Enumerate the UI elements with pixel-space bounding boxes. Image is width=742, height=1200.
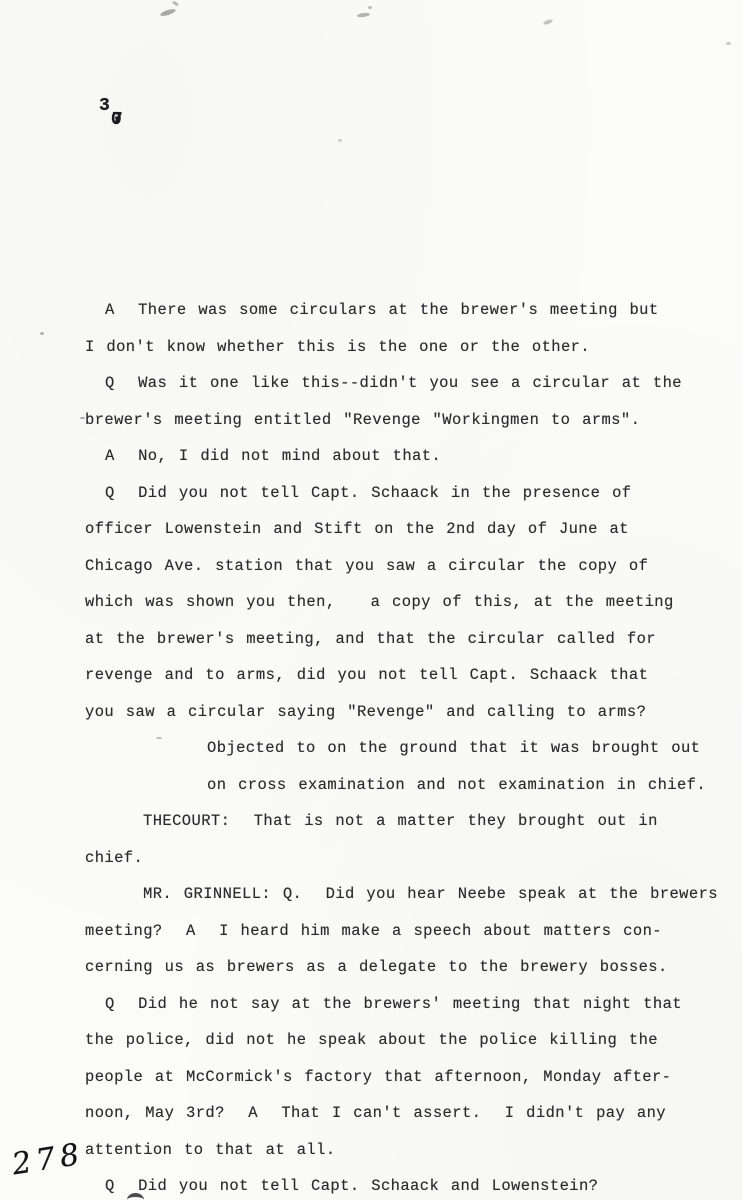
transcript-line: chief. xyxy=(85,840,725,877)
handwritten-margin-number: 278 xyxy=(10,1137,87,1183)
cutoff-letter-mark xyxy=(127,1193,144,1200)
ink-speck xyxy=(40,332,44,335)
ink-speck xyxy=(172,0,180,6)
transcript-line: noon, May 3rd? A That I can't assert. I … xyxy=(85,1095,725,1132)
page-number-digit2-over: 7 xyxy=(112,110,124,130)
transcript-line: Q Did you not tell Capt. Schaack in the … xyxy=(85,475,725,512)
page-number-digit1: 3 xyxy=(99,96,111,116)
transcript-body: A There was some circulars at the brewer… xyxy=(85,292,725,1200)
ink-speck xyxy=(156,737,162,739)
transcript-line: brewer's meeting entitled "Revenge "Work… xyxy=(85,402,725,439)
transcript-line: A No, I did not mind about that. xyxy=(85,438,725,475)
transcript-line: Q Did you not tell Capt. Schaack and Low… xyxy=(85,1168,725,1200)
transcript-line: Chicago Ave. station that you saw a circ… xyxy=(85,548,725,585)
transcript-line-court: THECOURT: That is not a matter they brou… xyxy=(85,803,725,840)
transcript-line: at the brewer's meeting, and that the ci… xyxy=(85,621,725,658)
transcript-line: Q Was it one like this--didn't you see a… xyxy=(85,365,725,402)
transcript-line: meeting? A I heard him make a speech abo… xyxy=(85,913,725,950)
ink-speck xyxy=(160,8,177,18)
transcript-line: you saw a circular saying "Revenge" and … xyxy=(85,694,725,731)
ink-speck xyxy=(338,139,342,142)
ink-speck xyxy=(543,18,554,25)
transcript-line: which was shown you then, a copy of this… xyxy=(85,584,725,621)
page-number: 307 xyxy=(99,96,123,116)
transcript-line-objection: on cross examination and not examination… xyxy=(85,767,725,804)
transcript-line: the police, did not he speak about the p… xyxy=(85,1022,725,1059)
ink-speck xyxy=(726,42,731,45)
transcript-line-grinnell: MR. GRINNELL: Q. Did you hear Neebe spea… xyxy=(85,876,725,913)
document-page: 307 A There was some circulars at the br… xyxy=(0,0,742,1200)
transcript-line: A There was some circulars at the brewer… xyxy=(85,292,725,329)
transcript-line: I don't know whether this is the one or … xyxy=(85,329,725,366)
transcript-line: officer Lowenstein and Stift on the 2nd … xyxy=(85,511,725,548)
ink-speck xyxy=(357,12,370,18)
transcript-line: people at McCormick's factory that after… xyxy=(85,1059,725,1096)
ink-speck xyxy=(368,6,372,9)
ink-speck xyxy=(80,417,85,419)
transcript-line-objection: Objected to on the ground that it was br… xyxy=(85,730,725,767)
transcript-line: Q Did he not say at the brewers' meeting… xyxy=(85,986,725,1023)
transcript-line: attention to that at all. xyxy=(85,1132,725,1169)
transcript-line: cerning us as brewers as a delegate to t… xyxy=(85,949,725,986)
transcript-line: revenge and to arms, did you not tell Ca… xyxy=(85,657,725,694)
